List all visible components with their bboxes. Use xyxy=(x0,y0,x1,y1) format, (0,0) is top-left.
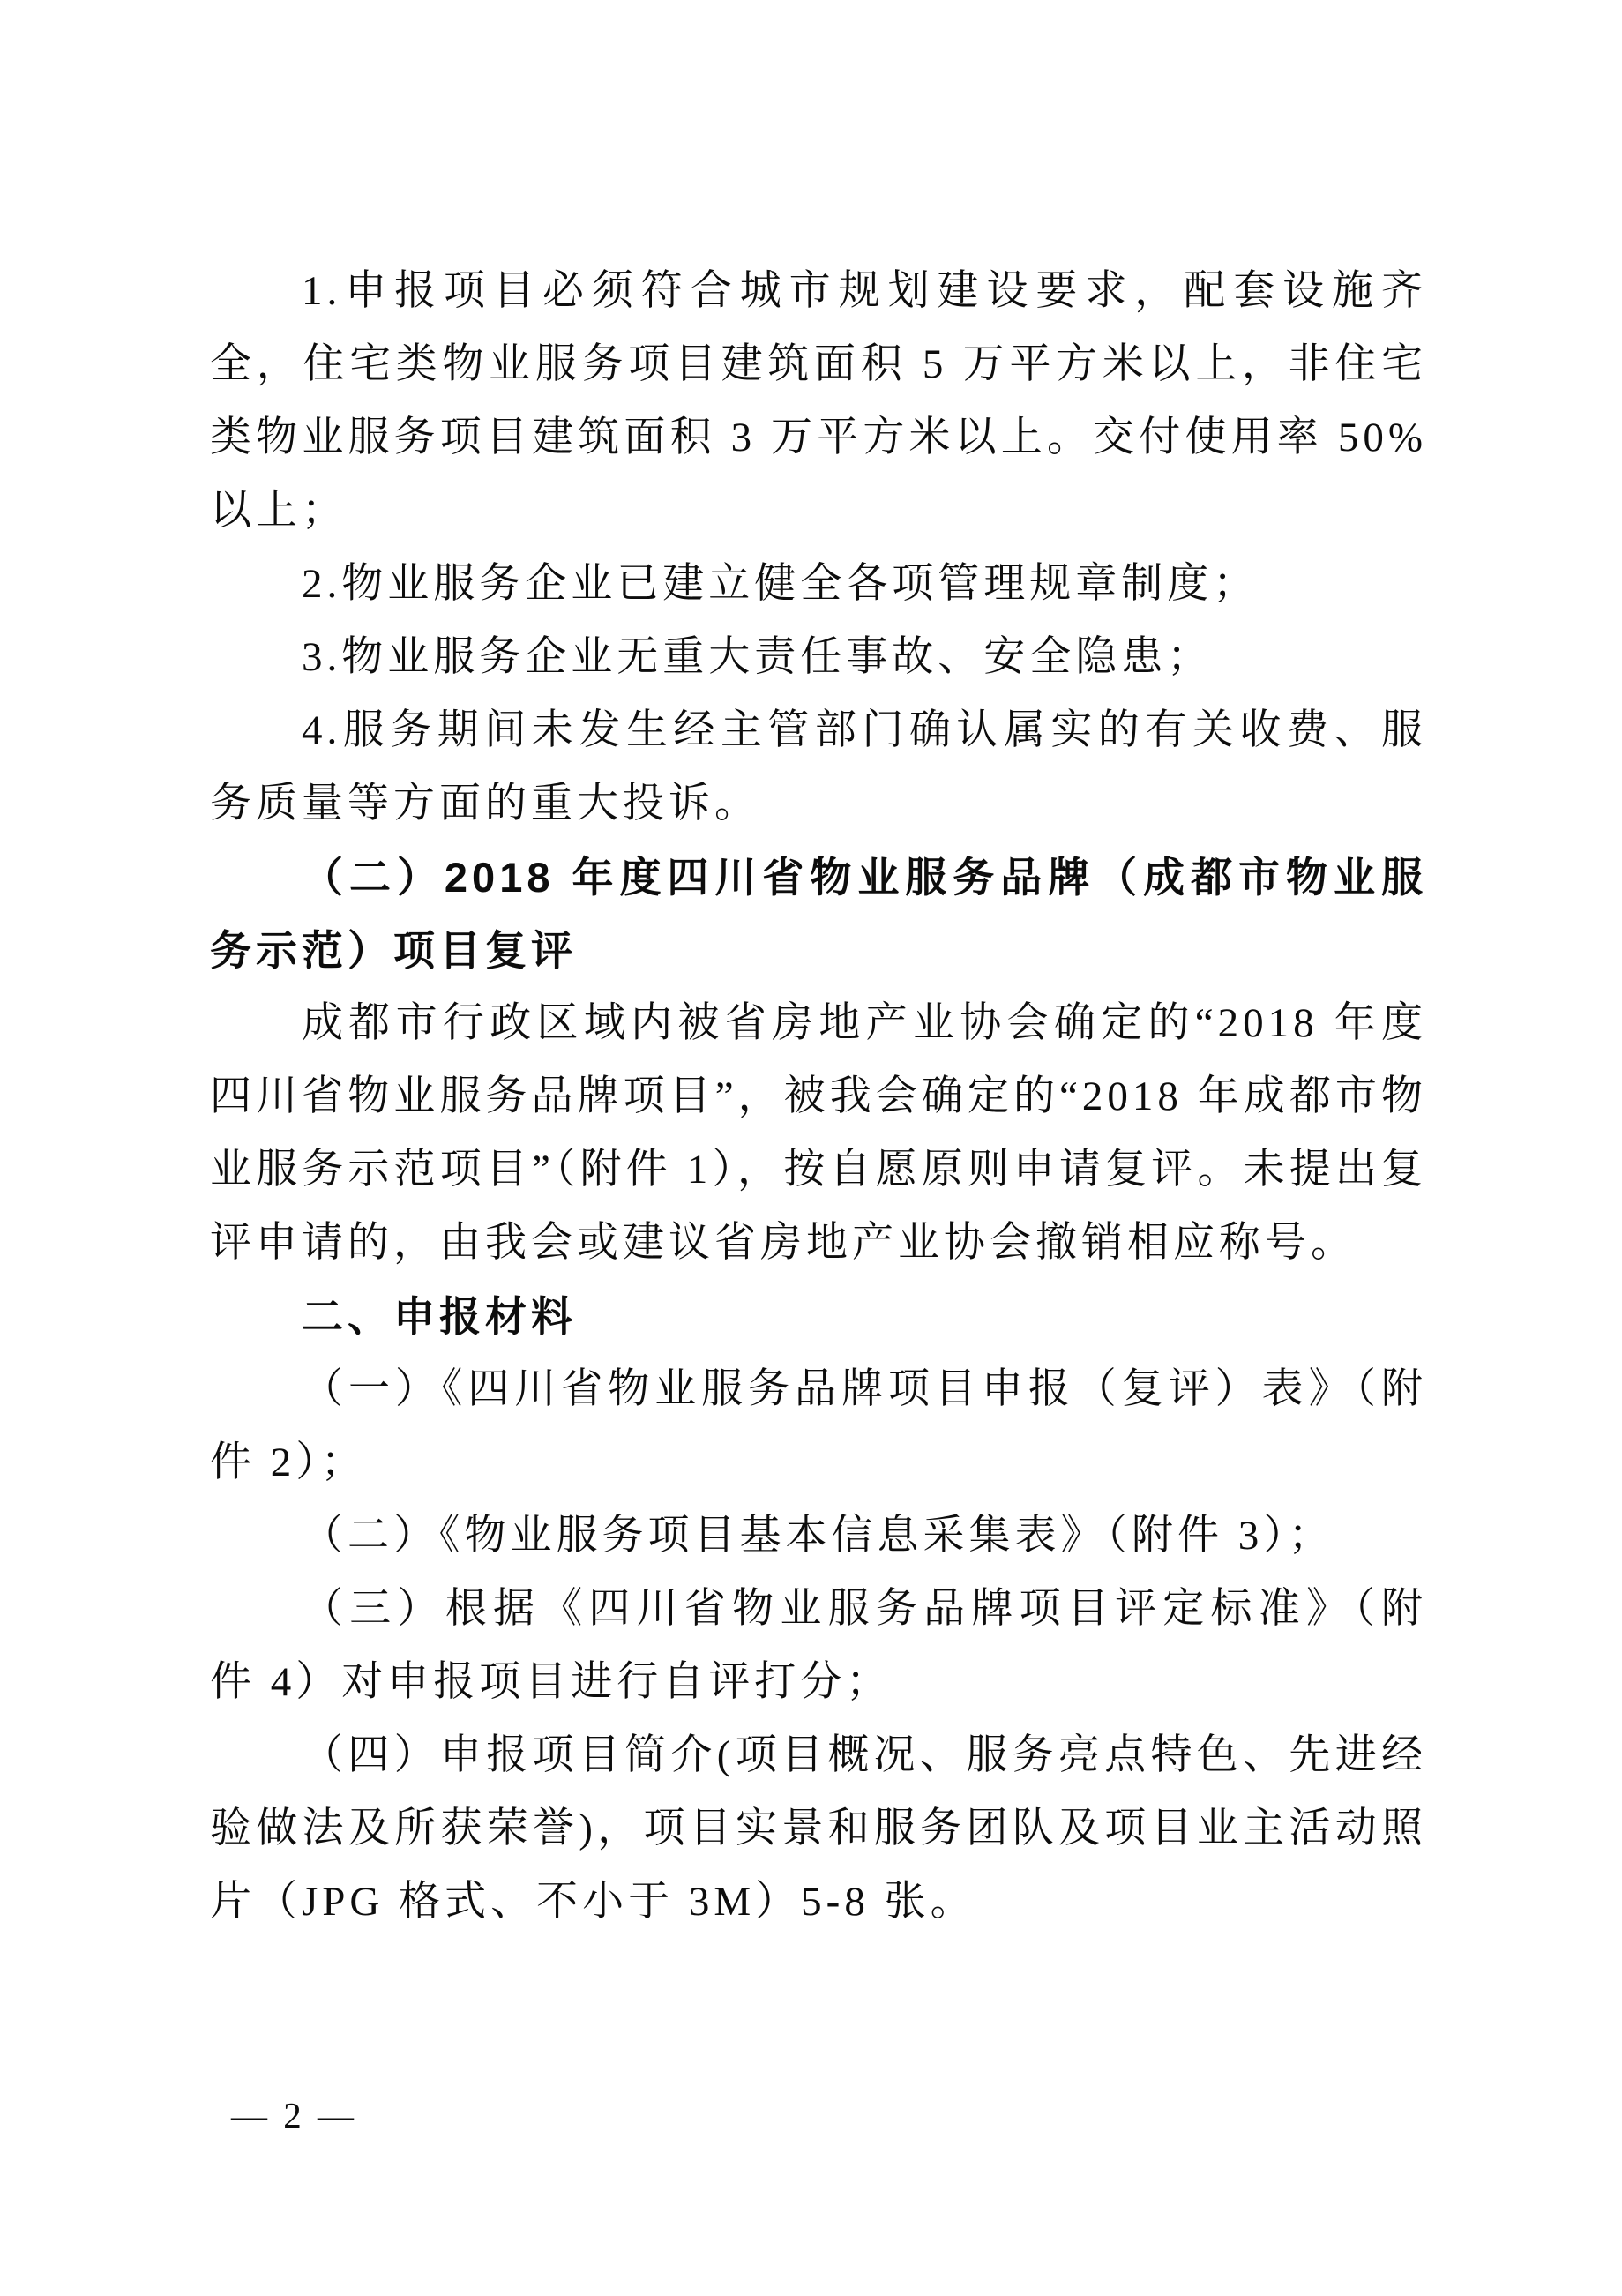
body-paragraph: （二）《物业服务项目基本信息采集表》（附件 3）； xyxy=(210,1500,1427,1573)
section-heading: （二）2018 年度四川省物业服务品牌（成都市物业服务示范）项目复评 xyxy=(210,841,1427,987)
body-paragraph: （三）根据《四川省物业服务品牌项目评定标准》（附件 4）对申报项目进行自评打分； xyxy=(210,1573,1427,1719)
document-body: 1.申报项目必须符合城市规划建设要求，配套设施齐全，住宅类物业服务项目建筑面积 … xyxy=(210,255,1427,1939)
body-paragraph: 成都市行政区域内被省房地产业协会确定的“2018 年度四川省物业服务品牌项目”，… xyxy=(210,987,1427,1280)
body-paragraph: 2.物业服务企业已建立健全各项管理规章制度； xyxy=(210,548,1427,621)
body-paragraph: 3.物业服务企业无重大责任事故、安全隐患； xyxy=(210,621,1427,694)
page-number: — 2 — xyxy=(231,2094,357,2136)
section-heading: 二、申报材料 xyxy=(210,1280,1427,1353)
body-paragraph: 1.申报项目必须符合城市规划建设要求，配套设施齐全，住宅类物业服务项目建筑面积 … xyxy=(210,255,1427,548)
body-paragraph: （一）《四川省物业服务品牌项目申报（复评）表》（附件 2）； xyxy=(210,1353,1427,1500)
body-paragraph: 4.服务期间未发生经主管部门确认属实的有关收费、服务质量等方面的重大投诉。 xyxy=(210,694,1427,841)
document-page: 1.申报项目必须符合城市规划建设要求，配套设施齐全，住宅类物业服务项目建筑面积 … xyxy=(0,0,1622,2296)
body-paragraph: （四）申报项目简介(项目概况、服务亮点特色、先进经验做法及所获荣誉)，项目实景和… xyxy=(210,1719,1427,1939)
